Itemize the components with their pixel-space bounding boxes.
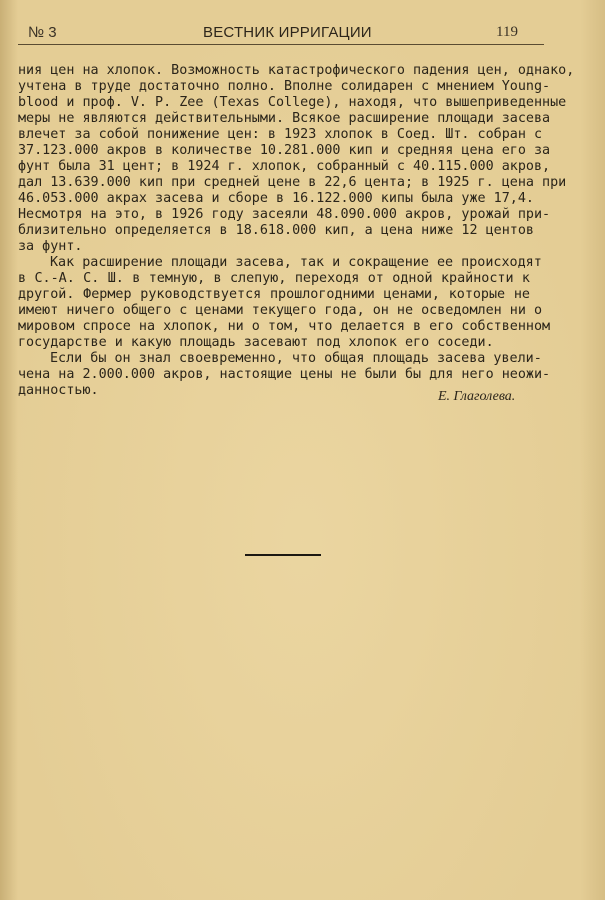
text-line: чена на 2.000.000 акров, настоящие цены …	[18, 367, 530, 383]
text-line: имеют ничего общего с ценами текущего го…	[18, 303, 530, 319]
author-signature: Е. Глаголева.	[438, 389, 515, 405]
page-number: 119	[496, 24, 518, 41]
text-line: мировом спросе на хлопок, ни о том, что …	[18, 319, 530, 335]
running-header: № 3 ВЕСТНИК ИРРИГАЦИИ 119	[18, 22, 544, 45]
text-line: другой. Фермер руководствуется прошлогод…	[18, 287, 530, 303]
text-line: Если бы он знал своевременно, что общая …	[18, 351, 530, 367]
text-line: blood и проф. V. P. Zee (Texas College),…	[18, 95, 530, 111]
text-line: дал 13.639.000 кип при средней цене в 22…	[18, 175, 530, 191]
text-line: близительно определяется в 18.618.000 ки…	[18, 223, 530, 239]
text-line: Несмотря на это, в 1926 году засеяли 48.…	[18, 207, 530, 223]
text-line: влечет за собой понижение цен: в 1923 хл…	[18, 127, 530, 143]
text-line: Как расширение площади засева, так и сок…	[18, 255, 530, 271]
text-line: 46.053.000 акрах засева и сборе в 16.122…	[18, 191, 530, 207]
text-line: государстве и какую площадь засевают под…	[18, 335, 530, 351]
section-separator-rule	[245, 554, 321, 556]
paragraph: Как расширение площади засева, так и сок…	[18, 255, 530, 351]
text-line: за фунт.	[18, 239, 530, 255]
issue-number: № 3	[28, 24, 57, 41]
text-line: меры не являются действительными. Всякое…	[18, 111, 530, 127]
text-line: ния цен на хлопок. Возможность катастроф…	[18, 63, 530, 79]
article-body: ния цен на хлопок. Возможность катастроф…	[18, 63, 530, 399]
text-line: фунт была 31 цент; в 1924 г. хлопок, соб…	[18, 159, 530, 175]
text-line: учтена в труде достаточно полно. Вполне …	[18, 79, 530, 95]
journal-title: ВЕСТНИК ИРРИГАЦИИ	[203, 24, 372, 41]
paragraph: ния цен на хлопок. Возможность катастроф…	[18, 63, 530, 255]
text-line: в С.-А. С. Ш. в темную, в слепую, перехо…	[18, 271, 530, 287]
text-line: 37.123.000 акров в количестве 10.281.000…	[18, 143, 530, 159]
